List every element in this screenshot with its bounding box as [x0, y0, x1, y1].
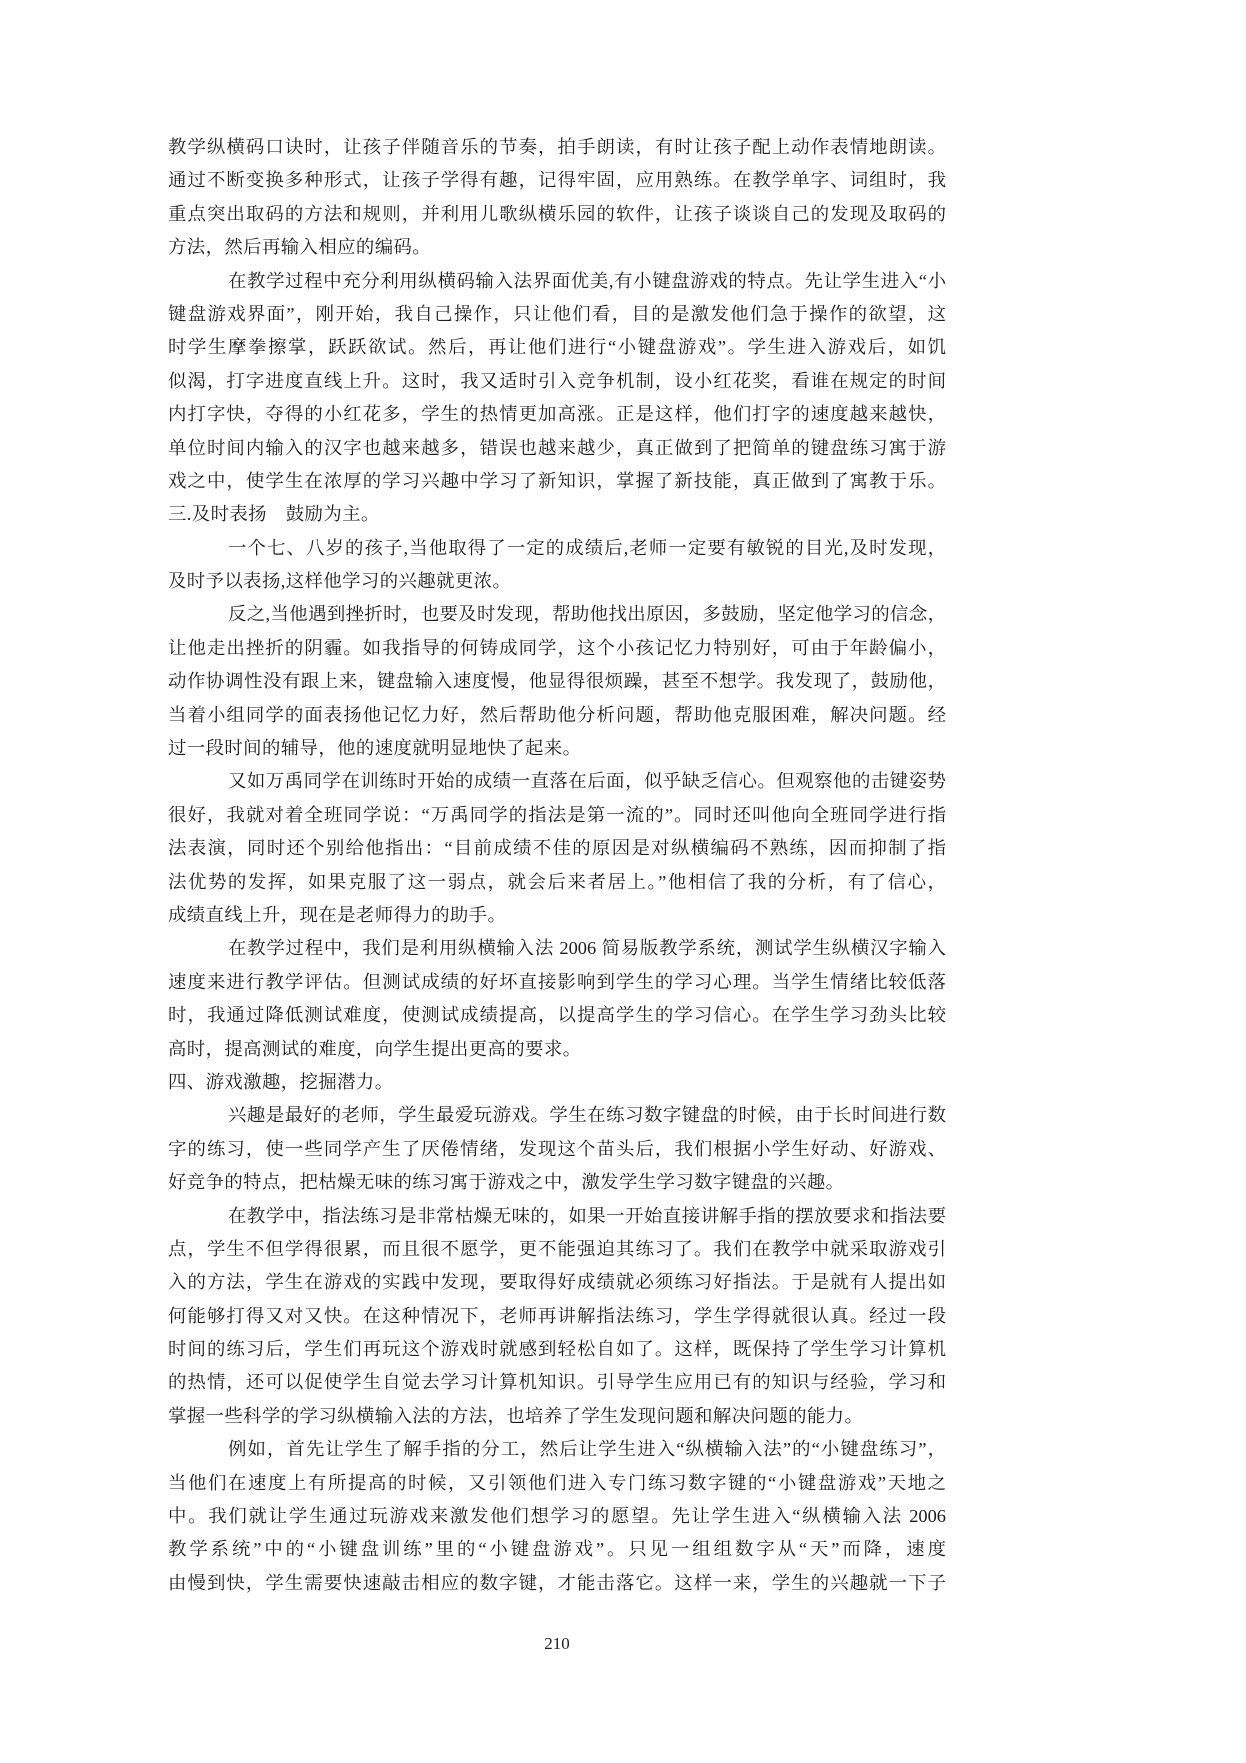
- text-line: 键盘游戏界面”，刚开始，我自己操作，只让他们看，目的是激发他们急于操作的欲望，这: [168, 298, 946, 331]
- text-line: 方法，然后再输入相应的编码。: [168, 231, 946, 264]
- text-line: 好竞争的特点，把枯燥无味的练习寓于游戏之中，激发学生学习数字键盘的兴趣。: [168, 1166, 946, 1199]
- text-line: 由慢到快，学生需要快速敲击相应的数字键，才能击落它。这样一来，学生的兴趣就一下子: [168, 1567, 946, 1600]
- text-line: 法优势的发挥，如果克服了这一弱点，就会后来者居上。”他相信了我的分析，有了信心，: [168, 866, 946, 899]
- text-line: 当着小组同学的面表扬他记忆力好，然后帮助他分析问题，帮助他克服困难，解决问题。经: [168, 699, 946, 732]
- text-line: 中。我们就让学生通过玩游戏来激发他们想学习的愿望。先让学生进入“纵横输入法 20…: [168, 1500, 946, 1533]
- text-line: 何能够打得又对又快。在这种情况下，老师再讲解指法练习，学生学得就很认真。经过一段: [168, 1300, 946, 1333]
- text-line: 在教学过程中，我们是利用纵横输入法 2006 简易版教学系统，测试学生纵横汉字输…: [168, 932, 946, 965]
- text-line: 法表演，同时还个别给他指出：“目前成绩不佳的原因是对纵横编码不熟练，因而抑制了指: [168, 832, 946, 865]
- text-line: 在教学过程中充分利用纵横码输入法界面优美,有小键盘游戏的特点。先让学生进入“小: [168, 265, 946, 298]
- text-line: 三.及时表扬 鼓励为主。: [168, 498, 946, 531]
- text-line: 成绩直线上升，现在是老师得力的助手。: [168, 899, 946, 932]
- text-line: 在教学中，指法练习是非常枯燥无味的，如果一开始直接讲解手指的摆放要求和指法要: [168, 1200, 946, 1233]
- text-line: 掌握一些科学的学习纵横输入法的方法，也培养了学生发现问题和解决问题的能力。: [168, 1400, 946, 1433]
- text-line: 戏之中，使学生在浓厚的学习兴趣中学习了新知识，掌握了新技能，真正做到了寓教于乐。: [168, 465, 946, 498]
- text-line: 速度来进行教学评估。但测试成绩的好坏直接影响到学生的学习心理。当学生情绪比较低落: [168, 966, 946, 999]
- body-text: 教学纵横码口诀时，让孩子伴随音乐的节奏，拍手朗读，有时让孩子配上动作表情地朗读。…: [168, 131, 946, 1600]
- text-line: 四、游戏激趣，挖掘潜力。: [168, 1066, 946, 1099]
- text-line: 很好，我就对着全班同学说：“万禹同学的指法是第一流的”。同时还叫他向全班同学进行…: [168, 799, 946, 832]
- text-line: 的热情，还可以促使学生自觉去学习计算机知识。引导学生应用已有的知识与经验，学习和: [168, 1366, 946, 1399]
- text-line: 似渴，打字进度直线上升。这时，我又适时引入竞争机制，设小红花奖，看谁在规定的时间: [168, 365, 946, 398]
- text-line: 通过不断变换多种形式，让孩子学得有趣，记得牢固，应用熟练。在教学单字、词组时，我: [168, 164, 946, 197]
- text-line: 例如，首先让学生了解手指的分工，然后让学生进入“纵横输入法”的“小键盘练习”，: [168, 1433, 946, 1466]
- text-line: 一个七、八岁的孩子,当他取得了一定的成绩后,老师一定要有敏锐的目光,及时发现，: [168, 532, 946, 565]
- text-line: 动作协调性没有跟上来，键盘输入速度慢，他显得很烦躁，甚至不想学。我发现了，鼓励他…: [168, 665, 946, 698]
- text-line: 教学系统”中的“小键盘训练”里的“小键盘游戏”。只见一组组数字从“天”而降，速度: [168, 1533, 946, 1566]
- text-line: 过一段时间的辅导，他的速度就明显地快了起来。: [168, 732, 946, 765]
- text-line: 字的练习，使一些同学产生了厌倦情绪，发现这个苗头后，我们根据小学生好动、好游戏、: [168, 1133, 946, 1166]
- text-line: 重点突出取码的方法和规则，并利用儿歌纵横乐园的软件，让孩子谈谈自己的发现及取码的: [168, 198, 946, 231]
- page-number: 210: [168, 1634, 946, 1654]
- text-line: 又如万禹同学在训练时开始的成绩一直落在后面，似乎缺乏信心。但观察他的击键姿势: [168, 765, 946, 798]
- text-line: 及时予以表扬,这样他学习的兴趣就更浓。: [168, 565, 946, 598]
- text-line: 时间的练习后，学生们再玩这个游戏时就感到轻松自如了。这样，既保持了学生学习计算机: [168, 1333, 946, 1366]
- text-line: 让他走出挫折的阴霾。如我指导的何铸成同学，这个小孩记忆力特别好，可由于年龄偏小，: [168, 632, 946, 665]
- text-line: 单位时间内输入的汉字也越来越多，错误也越来越少，真正做到了把简单的键盘练习寓于游: [168, 432, 946, 465]
- text-line: 内打字快，夺得的小红花多，学生的热情更加高涨。正是这样，他们打字的速度越来越快，: [168, 398, 946, 431]
- document-page: 教学纵横码口诀时，让孩子伴随音乐的节奏，拍手朗读，有时让孩子配上动作表情地朗读。…: [0, 0, 1246, 1763]
- text-line: 时，我通过降低测试难度，使测试成绩提高，以提高学生的学习信心。在学生学习劲头比较: [168, 999, 946, 1032]
- text-line: 当他们在速度上有所提高的时候，又引领他们进入专门练习数字键的“小键盘游戏”天地之: [168, 1467, 946, 1500]
- text-line: 兴趣是最好的老师，学生最爱玩游戏。学生在练习数字键盘的时候，由于长时间进行数: [168, 1099, 946, 1132]
- text-line: 高时，提高测试的难度，向学生提出更高的要求。: [168, 1033, 946, 1066]
- text-line: 时学生摩拳擦掌，跃跃欲试。然后，再让他们进行“小键盘游戏”。学生进入游戏后，如饥: [168, 331, 946, 364]
- text-line: 点，学生不但学得很累，而且很不愿学，更不能强迫其练习了。我们在教学中就采取游戏引: [168, 1233, 946, 1266]
- text-line: 入的方法，学生在游戏的实践中发现，要取得好成绩就必须练习好指法。于是就有人提出如: [168, 1266, 946, 1299]
- text-line: 教学纵横码口诀时，让孩子伴随音乐的节奏，拍手朗读，有时让孩子配上动作表情地朗读。: [168, 131, 946, 164]
- text-line: 反之,当他遇到挫折时，也要及时发现，帮助他找出原因，多鼓励，坚定他学习的信念，: [168, 598, 946, 631]
